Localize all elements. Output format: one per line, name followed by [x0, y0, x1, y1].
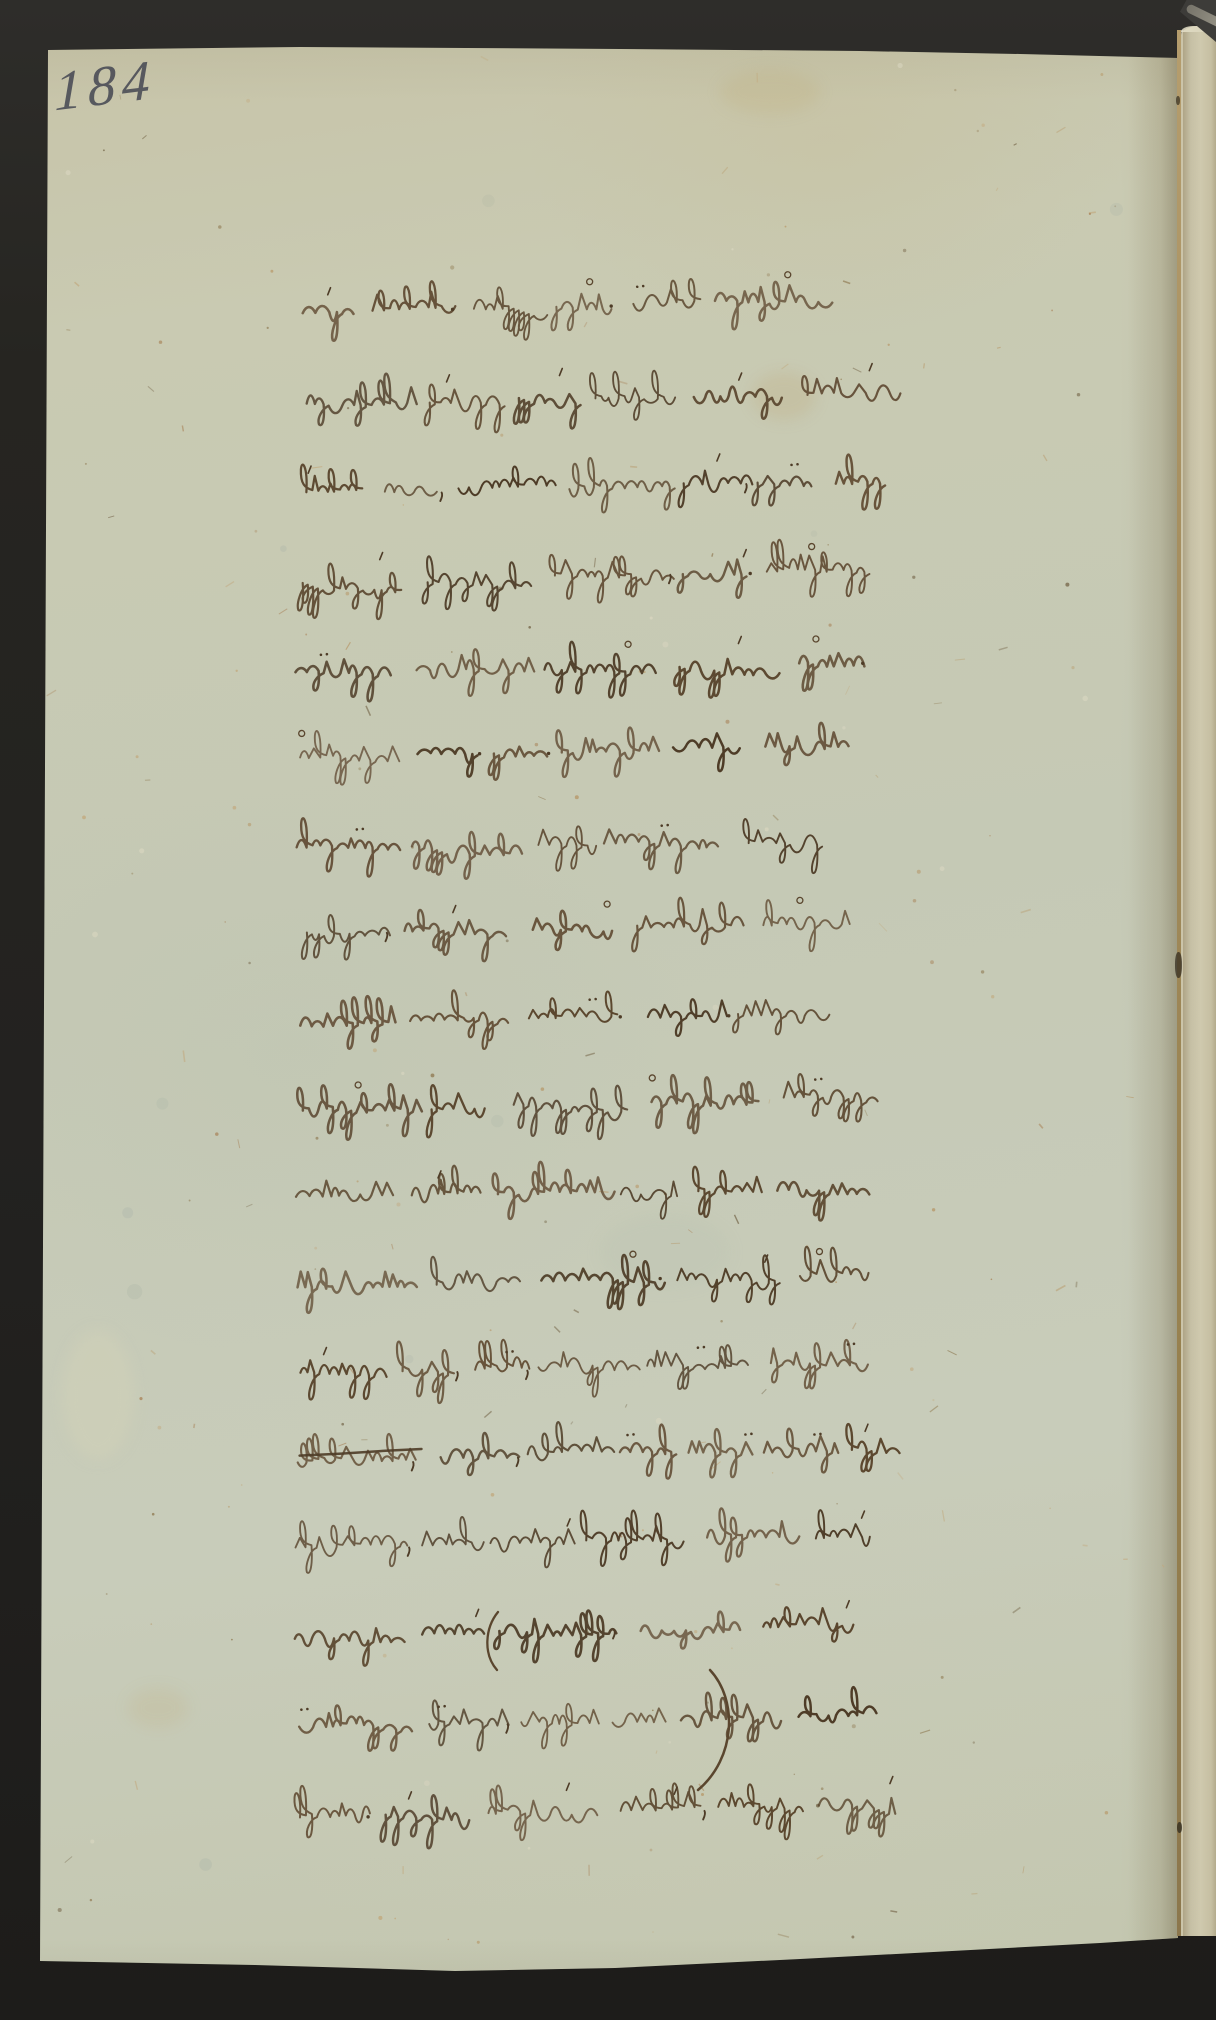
handwriting-line [299, 980, 830, 1054]
handwriting-line [301, 894, 851, 965]
handwriting-line [299, 719, 849, 786]
top-edge-mark [1042, 51, 1134, 54]
handwriting-line [299, 1687, 877, 1755]
manuscript-page: 184 [0, 0, 1216, 2020]
handwriting-line [296, 538, 870, 621]
handwriting-line [302, 270, 833, 346]
crease-speck [1177, 1822, 1182, 1833]
fore-edge-page [1181, 26, 1216, 1936]
page-number: 184 [54, 52, 155, 121]
handwriting-line [297, 1067, 879, 1148]
handwriting-line [295, 635, 865, 705]
close-paren-stroke [698, 1670, 729, 1790]
handwriting-line [297, 1415, 900, 1487]
manuscript-scan: 184 [0, 0, 1216, 2020]
handwriting-line [295, 1505, 870, 1573]
handwriting-line [306, 361, 901, 436]
handwriting-line [301, 451, 886, 521]
handwriting-line [294, 1599, 854, 1668]
handwriting-line [294, 1772, 896, 1852]
handwriting-lines [294, 270, 901, 1852]
crease-speck [1176, 96, 1180, 105]
handwriting-line [300, 1331, 869, 1406]
handwriting-line [296, 1157, 870, 1228]
binding-crease [1177, 30, 1181, 1936]
handwriting-ink [0, 0, 1216, 2020]
handwriting-line [296, 811, 822, 881]
handwriting-line [297, 1245, 869, 1317]
crease-speck [1175, 952, 1182, 978]
